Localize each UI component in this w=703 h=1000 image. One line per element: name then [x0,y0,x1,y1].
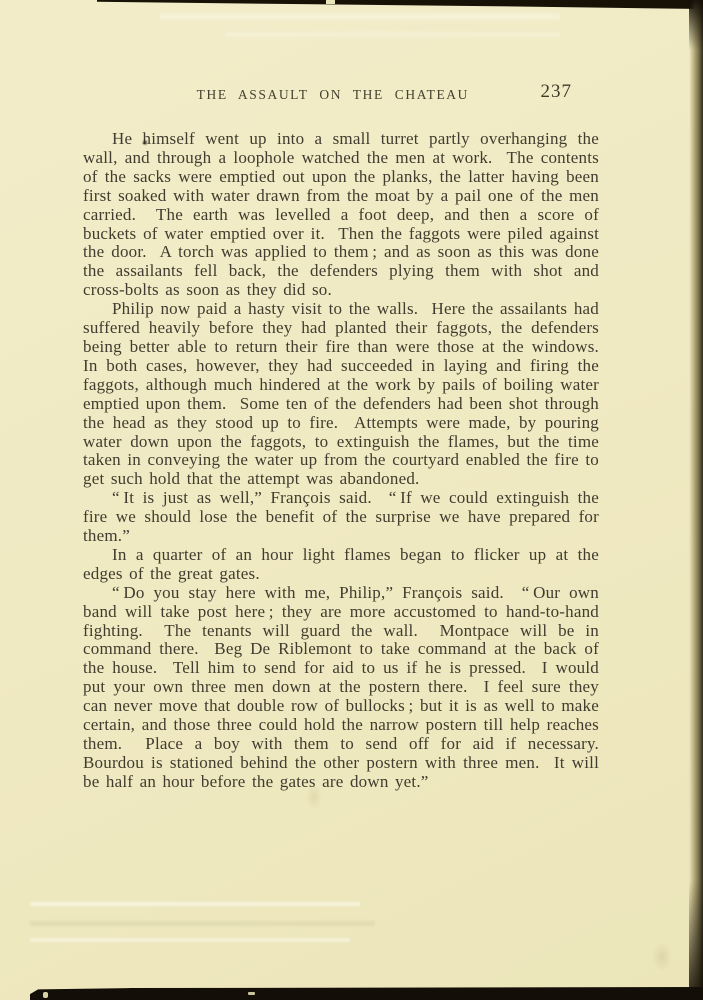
scanner-light-streak [160,11,560,22]
top-edge-notch [326,0,335,4]
bottom-book-edge-shadow [30,987,703,1000]
paper-smudge [652,942,672,972]
scanner-dark-streak [30,921,375,926]
text-block: THE ASSAULT ON THE CHATEAU 237 He himsel… [83,84,599,792]
right-page-edges [689,0,703,1000]
paragraph-3: “ It is just as well,” François said. “ … [83,489,599,546]
paper-smudge [306,784,322,810]
running-head: THE ASSAULT ON THE CHATEAU 237 [83,84,599,104]
paragraph-4: In a quarter of an hour light flames beg… [83,546,599,584]
bottom-edge-page-glint [248,992,255,995]
scanner-light-streak [225,30,560,39]
ink-speck [142,139,148,146]
scanner-light-streak [30,902,360,906]
paragraph-5: “ Do you stay here with me, Philip,” Fra… [83,584,599,792]
scanner-light-streak [30,938,350,942]
top-book-edge-shadow [97,0,703,9]
running-title: THE ASSAULT ON THE CHATEAU [197,87,469,103]
page-number: 237 [541,81,573,103]
scanned-book-page: THE ASSAULT ON THE CHATEAU 237 He himsel… [0,0,703,1000]
body-text: He himself went up into a small turret p… [83,130,599,792]
paragraph-1: He himself went up into a small turret p… [83,130,599,300]
bottom-edge-page-glint [43,992,48,998]
paragraph-2: Philip now paid a hasty visit to the wal… [83,300,599,489]
